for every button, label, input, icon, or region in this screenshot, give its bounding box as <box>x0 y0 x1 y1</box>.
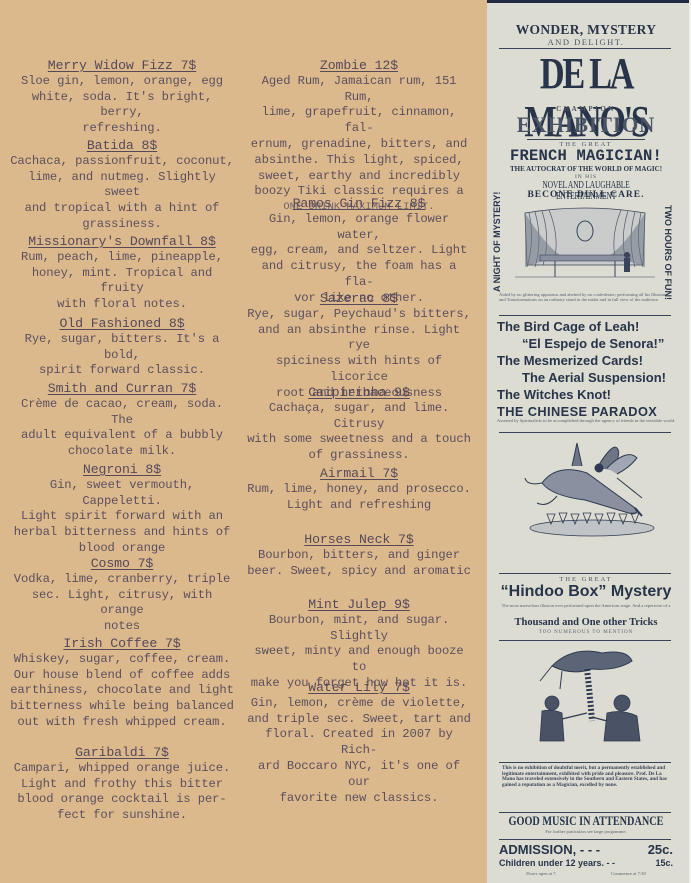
drink-description-line: adult equivalent of a bubbly <box>10 428 234 444</box>
drink-description-line: Rye, sugar, bitters. It's a bold, <box>10 332 234 364</box>
divider <box>499 432 671 433</box>
drink-description-line: blood orange cocktail is per- <box>10 792 234 808</box>
drink-description-line: egg, cream, and seltzer. Light <box>245 243 473 259</box>
drink-description-line: Crème de cacao, cream, soda. The <box>10 397 234 429</box>
drink-description-line: sweet, minty and enough booze to <box>245 644 473 676</box>
divider <box>499 315 671 316</box>
drink-description-line: honey, mint. Tropical and fruity <box>10 266 234 298</box>
menu-item: Missionary's Downfall 8$Rum, peach, lime… <box>10 234 234 313</box>
drink-description-line: spirit forward classic. <box>10 363 234 379</box>
drink-name: Caipirinha 9$ <box>245 385 473 401</box>
poster-times: Doors open at 7. Commence at 7:30 <box>499 871 673 876</box>
drink-description-line: Bourbon, bitters, and ginger <box>245 548 473 564</box>
menu-item: Old Fashioned 8$Rye, sugar, bitters. It'… <box>10 316 234 379</box>
drink-description-line: Cachaça, sugar, and lime. Citrusy <box>245 401 473 433</box>
poster-thousand-tricks: Thousand and One other Tricks <box>487 617 685 628</box>
poster-delight-line: AND DELIGHT. <box>487 37 685 47</box>
drink-name: Missionary's Downfall 8$ <box>10 234 234 250</box>
drink-description-line: Rye, sugar, Peychaud's bitters, <box>245 307 473 323</box>
drink-description-line: lime, and nutmeg. Slightly sweet <box>10 170 234 202</box>
drink-description-line: of grassiness. <box>245 448 473 464</box>
drink-description-line: Cachaca, passionfruit, coconut, <box>10 154 234 170</box>
drink-description-line: earthiness, chocolate and light <box>10 683 234 699</box>
drink-description-line: Rum, lime, honey, and prosecco. <box>245 482 473 498</box>
poster-act: The Bird Cage of Leah! <box>497 318 677 335</box>
menu-item: Irish Coffee 7$Whiskey, sugar, coffee, c… <box>10 636 234 731</box>
poster-marvellous-note: The most marvelous illusion ever perform… <box>487 603 685 608</box>
drink-description-line: Light spirit forward with an <box>10 509 234 525</box>
drink-description-line: and an absinthe rinse. Light rye <box>245 323 473 355</box>
drink-description-line: Gin, lemon, crème de violette, <box>245 696 473 712</box>
drink-description-line: Whiskey, sugar, coffee, cream. <box>10 652 234 668</box>
poster-top-border <box>487 0 691 3</box>
poster-act: The Aerial Suspension! <box>497 369 677 386</box>
menu-item: Ramos Gin Fizz 8$Gin, lemon, orange flow… <box>245 196 473 307</box>
drink-name: Cosmo 7$ <box>10 556 234 572</box>
menu-item: Merry Widow Fizz 7$Sloe gin, lemon, oran… <box>10 58 234 137</box>
doors-open: Doors open at 7. <box>526 871 556 876</box>
drink-name: Irish Coffee 7$ <box>10 636 234 652</box>
drink-description-line: and triple sec. Sweet, tart and <box>245 712 473 728</box>
poster-becone-dull-care: BECONE DULL CARE. <box>487 190 685 200</box>
commence-time: Commence at 7:30 <box>611 871 646 876</box>
poster-french-magician: FRENCH MAGICIAN! <box>487 147 685 165</box>
bottle-genie-illustration <box>517 438 662 538</box>
drink-description-line: and citrusy, the foam has a fla- <box>245 259 473 291</box>
drink-description-line: Our house blend of coffee adds <box>10 668 234 684</box>
flying-figures-illustration <box>532 641 647 746</box>
drink-description-line: Campari, whipped orange juice. <box>10 761 234 777</box>
children-label: Children under 12 years. - - <box>499 858 615 868</box>
drink-name: Water Lily 7$ <box>245 680 473 696</box>
drink-name: Zombie 12$ <box>245 58 473 74</box>
drink-description-line: Rum, peach, lime, pineapple, <box>10 250 234 266</box>
drink-description-line: spiciness with hints of licorice <box>245 354 473 386</box>
drink-name: Sazerac 8$ <box>245 291 473 307</box>
poster-side-right: TWO HOURS OF FUN! <box>661 205 673 290</box>
poster-exhibition: EXHIBITION <box>492 112 680 138</box>
drink-name: Mint Julep 9$ <box>245 597 473 613</box>
menu-item: Garibaldi 7$Campari, whipped orange juic… <box>10 745 234 824</box>
menu-item: Caipirinha 9$Cachaça, sugar, and lime. C… <box>245 385 473 464</box>
drink-description-line: Sloe gin, lemon, orange, egg <box>10 74 234 90</box>
drink-name: Garibaldi 7$ <box>10 745 234 761</box>
drink-name: Ramos Gin Fizz 8$ <box>245 196 473 212</box>
drink-description-line: Vodka, lime, cranberry, triple <box>10 572 234 588</box>
poster-asserted-note: Asserted by Spiritualists to be accompli… <box>487 418 685 423</box>
children-price: 15c. <box>655 858 673 868</box>
drink-description-line: sec. Light, citrusy, with orange <box>10 588 234 620</box>
drink-description-line: with some sweetness and a touch <box>245 432 473 448</box>
poster-admission: ADMISSION, - - - 25c. <box>499 842 673 857</box>
poster-too-numerous: TOO NUMEROUS TO MENTION <box>487 630 685 635</box>
poster-wonder-line: WONDER, MYSTERY <box>487 22 685 38</box>
menu-item: Horses Neck 7$Bourbon, bitters, and ging… <box>245 532 473 579</box>
menu-item: Cosmo 7$Vodka, lime, cranberry, triplese… <box>10 556 234 635</box>
drink-description-line: Light and refreshing <box>245 498 473 514</box>
drink-description-line: grassiness. <box>10 217 234 233</box>
poster-autocrat: THE AUTOCRAT OF THE WORLD OF MAGIC! <box>487 165 685 173</box>
drink-name: Batida 8$ <box>10 138 234 154</box>
admission-price: 25c. <box>648 842 673 857</box>
drink-name: Merry Widow Fizz 7$ <box>10 58 234 74</box>
drink-description-line: and tropical with a hint of <box>10 201 234 217</box>
drink-description-line: with floral notes. <box>10 297 234 313</box>
poster-acts-list: The Bird Cage of Leah!“El Espejo de Seno… <box>497 318 677 420</box>
drink-description-line: Gin, lemon, orange flower water, <box>245 212 473 244</box>
poster-the-great-2: THE GREAT <box>487 576 685 583</box>
drink-description-line: herbal bitterness and hints of <box>10 525 234 541</box>
drink-description-line: Aged Rum, Jamaican rum, 151 Rum, <box>245 74 473 106</box>
poster-no-exhibition-note: This is no exhibition of doubtful merit,… <box>502 766 672 788</box>
drink-description-line: chocolate milk. <box>10 444 234 460</box>
drink-description-line: ernum, grenadine, bitters, and <box>245 137 473 153</box>
menu-item: Negroni 8$Gin, sweet vermouth, Cappelett… <box>10 462 234 557</box>
drink-description-line: white, soda. It's bright, berry, <box>10 90 234 122</box>
poster-act: The Mesmerized Cards! <box>497 352 677 369</box>
menu-item: Mint Julep 9$Bourbon, mint, and sugar. S… <box>245 597 473 692</box>
divider <box>499 762 671 763</box>
drink-description-line: Gin, sweet vermouth, Cappeletti. <box>10 478 234 510</box>
menu-item: Airmail 7$Rum, lime, honey, and prosecco… <box>245 466 473 513</box>
drink-description-line: lime, grapefruit, cinnamon, fal- <box>245 105 473 137</box>
poster-good-music: GOOD MUSIC IN ATTENDANCE <box>505 814 667 829</box>
drink-description-line: fect for sunshine. <box>10 808 234 824</box>
poster-act: “El Espejo de Senora!” <box>497 335 677 352</box>
admission-label: ADMISSION, - - - <box>499 842 600 857</box>
drink-description-line: favorite new classics. <box>245 791 473 807</box>
drink-name: Horses Neck 7$ <box>245 532 473 548</box>
poster-children-admission: Children under 12 years. - - 15c. <box>499 858 673 868</box>
menu-item: Batida 8$Cachaca, passionfruit, coconut,… <box>10 138 234 233</box>
poster-particulars: For further particulars see large progra… <box>487 829 685 834</box>
divider <box>499 812 671 813</box>
divider <box>527 139 645 140</box>
menu-item: Zombie 12$Aged Rum, Jamaican rum, 151 Ru… <box>245 58 473 216</box>
poster-hindoo-box: “Hindoo Box” Mystery <box>487 583 685 601</box>
drink-description-line: ard Boccaro NYC, it's one of our <box>245 759 473 791</box>
magic-show-poster: WONDER, MYSTERY AND DELIGHT. DE LA MANO'… <box>487 0 691 883</box>
divider <box>499 839 671 840</box>
drink-description-line: absinthe. This light, spiced, <box>245 153 473 169</box>
divider <box>499 573 671 574</box>
drink-name: Negroni 8$ <box>10 462 234 478</box>
drink-name: Airmail 7$ <box>245 466 473 482</box>
stage-curtain-illustration <box>515 205 655 283</box>
drink-description-line: blood orange <box>10 541 234 557</box>
menu-item: Water Lily 7$Gin, lemon, crème de violet… <box>245 680 473 806</box>
drink-description-line: Bourbon, mint, and sugar. Slightly <box>245 613 473 645</box>
drink-description-line: sweet, earthy and incredibly <box>245 169 473 185</box>
poster-act: The Witches Knot! <box>497 386 677 403</box>
poster-side-left: A NIGHT OF MYSTERY! <box>492 212 504 292</box>
drink-name: Old Fashioned 8$ <box>10 316 234 332</box>
menu-item: Smith and Curran 7$Crème de cacao, cream… <box>10 381 234 460</box>
drink-description-line: bitterness while being balanced <box>10 699 234 715</box>
drink-description-line: notes <box>10 619 234 635</box>
drink-description-line: Light and frothy this bitter <box>10 777 234 793</box>
drink-name: Smith and Curran 7$ <box>10 381 234 397</box>
drink-description-line: floral. Created in 2007 by Rich- <box>245 727 473 759</box>
drink-description-line: beer. Sweet, spicy and aromatic <box>245 564 473 580</box>
poster-caption: Aided by no glittering apparatus and abe… <box>499 292 671 303</box>
drink-description-line: out with fresh whipped cream. <box>10 715 234 731</box>
drink-description-line: refreshing. <box>10 121 234 137</box>
